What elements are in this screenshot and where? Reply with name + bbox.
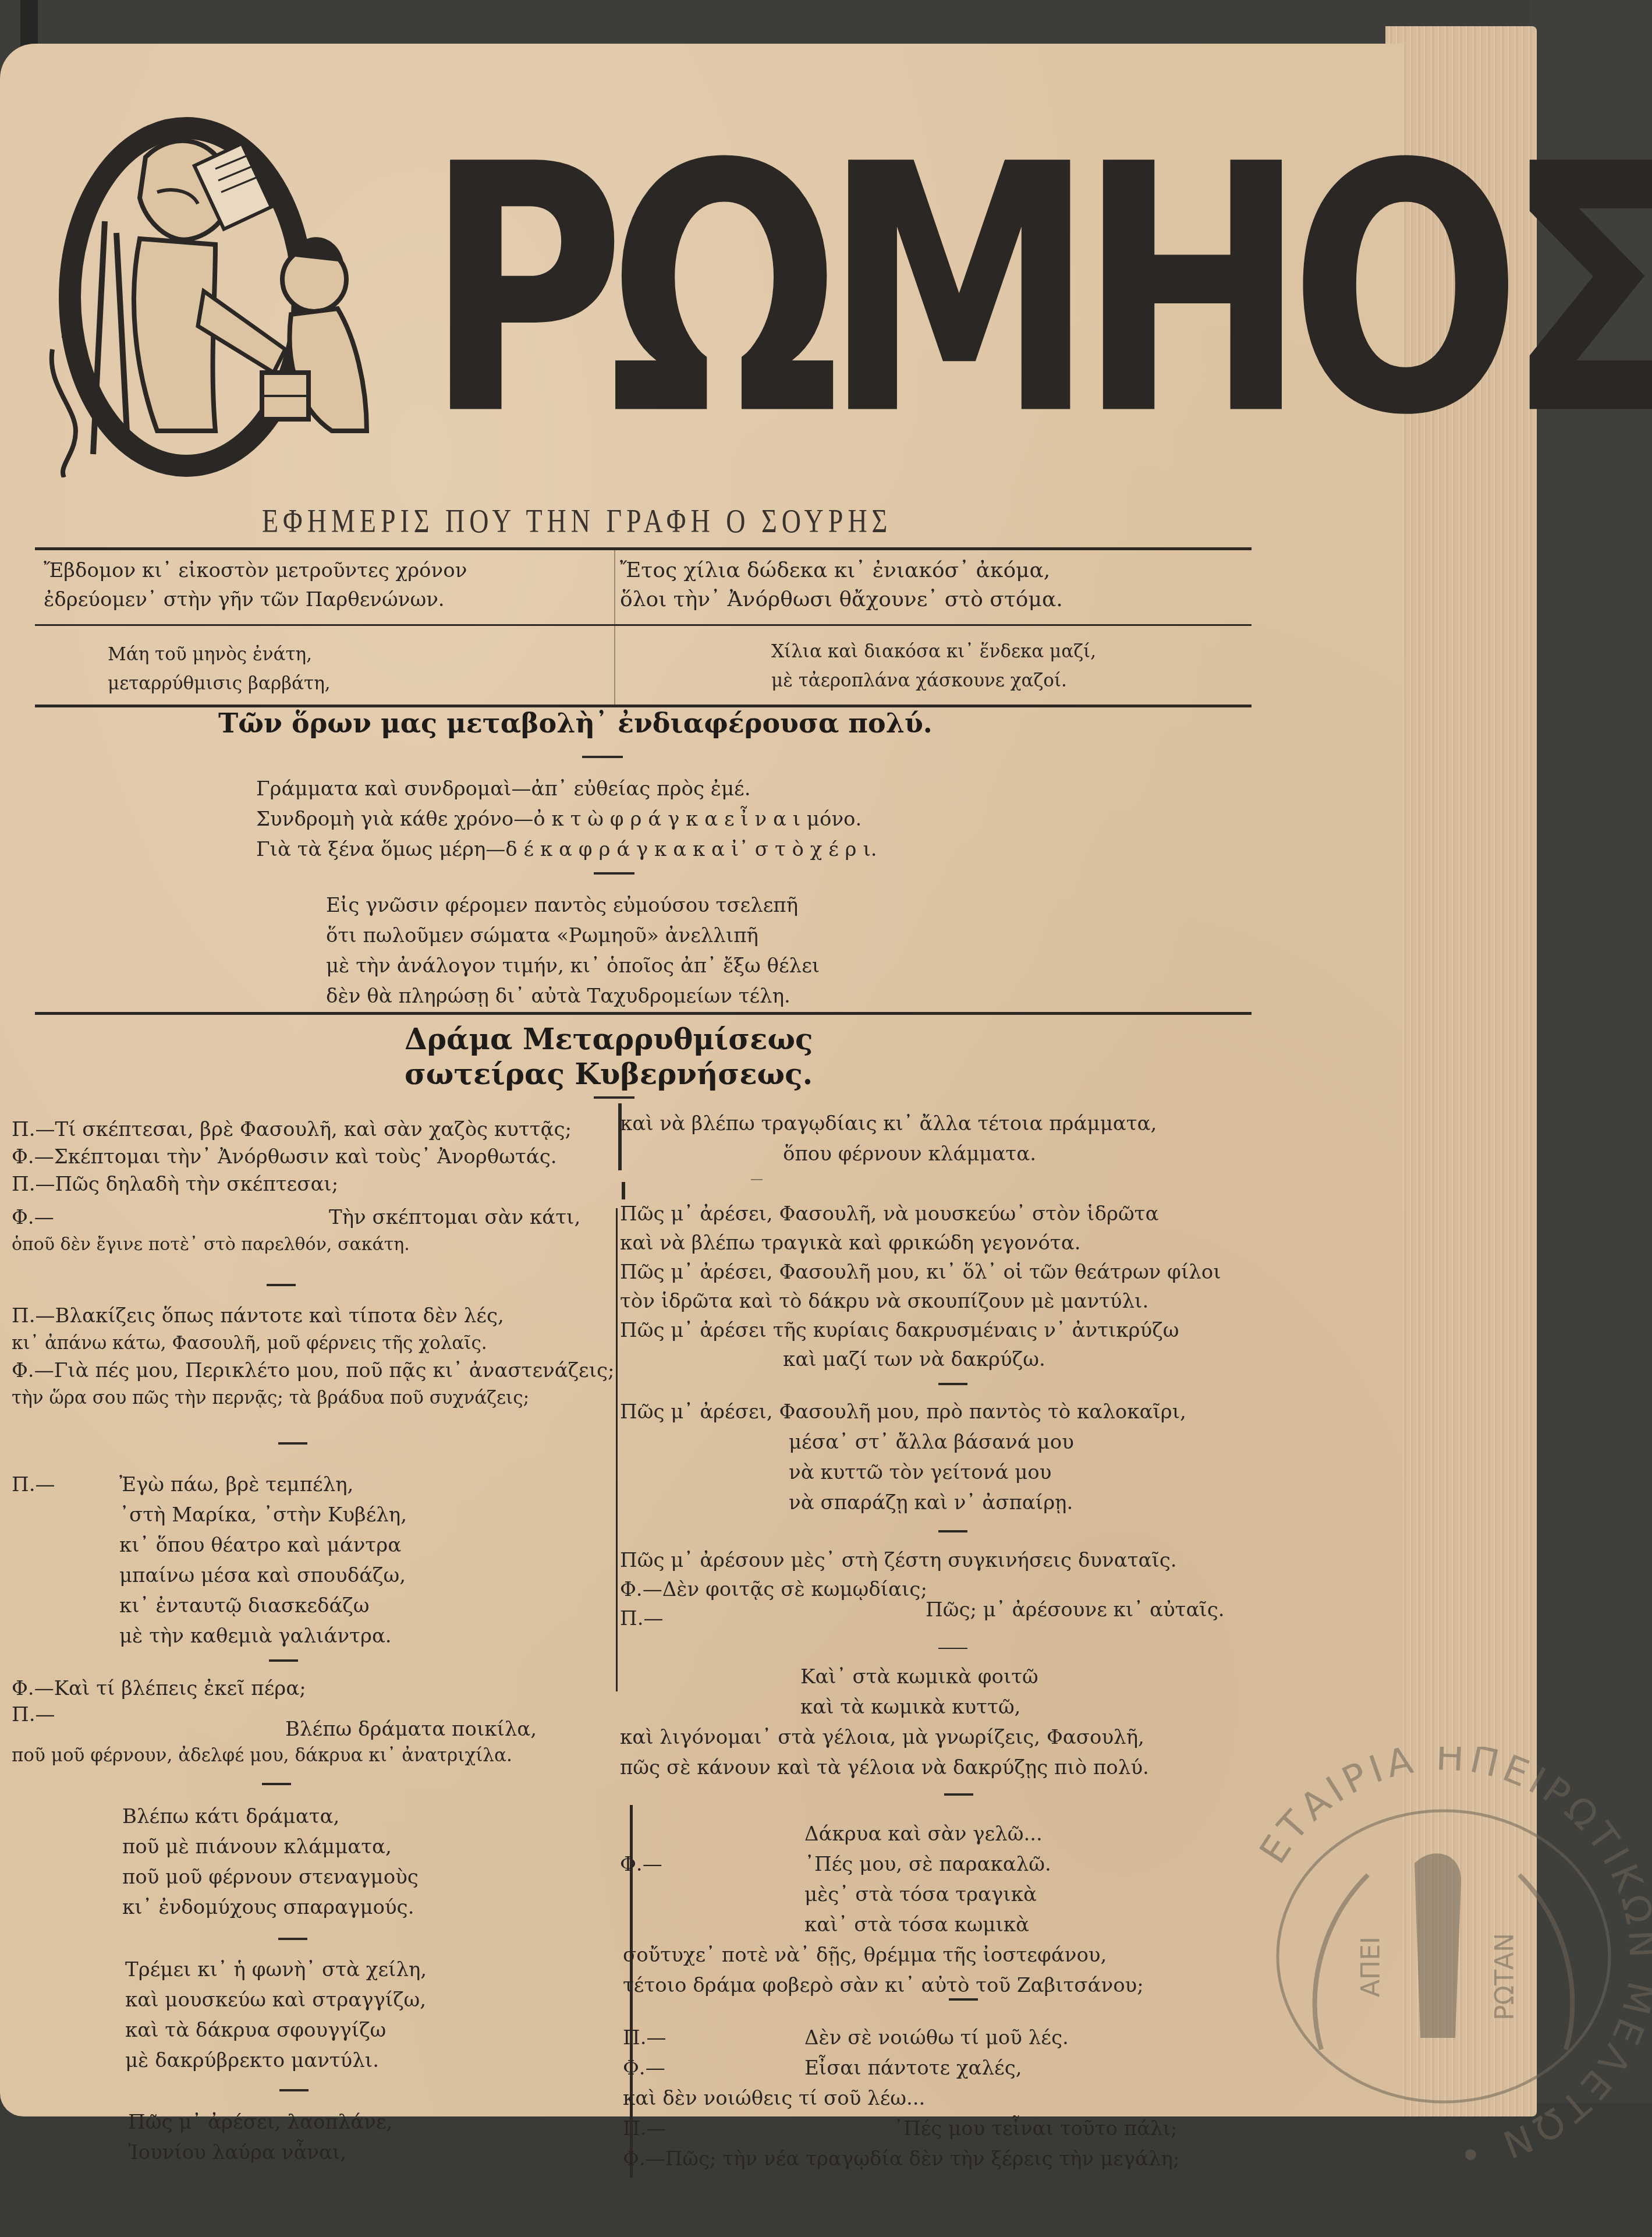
header-left-line-2: ἐδρεύομεν᾿ στὴν γῆν τῶν Παρθενώνων. xyxy=(44,585,445,614)
dialogue-line: Φ.—Σκέπτομαι τὴν᾿ Ἀνόρθωσιν καὶ τοὺς᾿ Ἀν… xyxy=(12,1142,557,1171)
verse-line: Δάκρυα καὶ σὰν γελῶ... xyxy=(804,1820,1043,1849)
speaker-label: Π.— xyxy=(623,2023,666,2052)
dialogue-line: καὶ δὲν νοιώθεις τί σοῦ λέω... xyxy=(623,2084,925,2113)
dialogue-line: Βλέπω δράματα ποικίλα, xyxy=(285,1715,537,1744)
verse-line: Ἐγὼ πάω, βρὲ τεμπέλη, xyxy=(119,1470,353,1499)
section-dash xyxy=(938,1648,967,1649)
article-title-line-2: σωτείρας Κυβερνήσεως. xyxy=(405,1057,813,1091)
article-column-divider-short xyxy=(622,1182,625,1199)
verse-line: καὶ᾿ στὰ τόσα κωμικὰ xyxy=(804,1910,1029,1939)
verse-line: Πῶς μ᾿ ἀρέσει, λαοπλάνε, xyxy=(128,2108,392,2137)
article-title-line-1: Δράμα Μεταρρυθμίσεως xyxy=(405,1022,813,1056)
verse-line: πῶς σὲ κάνουν καὶ τὰ γέλοια νὰ δακρύζῃς … xyxy=(620,1753,1149,1782)
dialogue-line: Φ.—Καὶ τί βλέπεις ἐκεῖ πέρα; xyxy=(12,1674,306,1703)
dialogue-line: Δὲν σὲ νοιώθω τί μοῦ λές. xyxy=(804,2023,1069,2052)
verse-line: μέσα᾿ στ᾿ ἄλλα βάσανά μου xyxy=(789,1428,1074,1457)
section-dash xyxy=(278,1442,307,1445)
section-dash xyxy=(949,1998,978,2001)
verse-line: νὰ κυττῶ τὸν γείτονά μου xyxy=(789,1458,1051,1487)
svg-text:ΑΠΕΙ: ΑΠΕΙ xyxy=(1356,1937,1386,1997)
verse-line: ποῦ μοῦ φέρνουν στεναγμοὺς xyxy=(122,1863,419,1892)
dialogue-line: Εἶσαι πάντοτε χαλές, xyxy=(804,2054,1022,2083)
verse-line: καὶ μουσκεύω καὶ στραγγίζω, xyxy=(125,1985,426,2015)
notice-line-4: δὲν θὰ πληρώσῃ δι᾿ αὐτὰ Ταχυδρομείων τέλ… xyxy=(326,982,790,1011)
section-dash xyxy=(594,1096,634,1099)
verse-line: Πῶς μ᾿ ἀρέσει, Φασουλῆ, νὰ μουσκεύω᾿ στὸ… xyxy=(620,1199,1158,1229)
rule-below-masthead xyxy=(35,547,1252,550)
notice-line-2: ὅτι πωλοῦμεν σώματα «Ρωμηοῦ» ἀνελλιπῆ xyxy=(326,921,758,950)
verse-line: καὶ τὰ δάκρυα σφουγγίζω xyxy=(125,2016,386,2045)
section-dash xyxy=(262,1783,291,1785)
svg-text:ΡΩΤΑΝ: ΡΩΤΑΝ xyxy=(1490,1933,1520,2020)
speaker-label: Φ.— xyxy=(12,1203,54,1232)
dialogue-line: Πῶς; μ᾿ ἀρέσουνε κι᾿ αὐταῖς. xyxy=(926,1595,1225,1624)
verse-line: μπαίνω μέσα καὶ σπουδάζω, xyxy=(119,1561,406,1590)
verse-line: Πῶς μ᾿ ἀρέσει, Φασουλῆ μου, πρὸ παντὸς τ… xyxy=(620,1397,1186,1427)
section-dash xyxy=(582,756,623,758)
dialogue-line: Τὴν σκέπτομαι σὰν κάτι, xyxy=(329,1203,580,1232)
dialogue-line: Φ.—Πῶς; τὴν νέα τραγῳδία δὲν τὴν ξέρεις … xyxy=(623,2144,1179,2174)
section-dash xyxy=(594,872,634,875)
verse-line: Καὶ᾿ στὰ κωμικὰ φοιτῶ xyxy=(800,1662,1038,1691)
section-dash xyxy=(938,1383,967,1385)
speaker-label: Π.— xyxy=(12,1700,55,1729)
verse-line: κι᾿ ἐνδομύχους σπαραγμούς. xyxy=(122,1893,414,1922)
date-right-line-2: μὲ τἀεροπλάνα χάσκουνε χαζοί. xyxy=(771,667,1067,695)
speaker-label: Π.— xyxy=(620,1604,663,1633)
speaker-label: Π.— xyxy=(12,1470,55,1499)
verse-line: καὶ τὰ κωμικὰ κυττῶ, xyxy=(800,1693,1020,1722)
verse-line: νὰ σπαράζῃ καὶ ν᾿ ἀσπαίρῃ. xyxy=(789,1488,1073,1517)
verse-line: Πῶς μ᾿ ἀρέσει, Φασουλῆ μου, κι᾿ ὅλ᾿ οἱ τ… xyxy=(620,1258,1221,1287)
verse-line: Πῶς μ᾿ ἀρέσει τῆς κυρίαις δακρυσμέναις ν… xyxy=(620,1316,1179,1345)
verse-line: τὸν ἱδρῶτα καὶ τὸ δάκρυ νὰ σκουπίζουν μὲ… xyxy=(620,1287,1148,1316)
terms-heading: Τῶν ὅρων μας μεταβολὴ᾿ ἐνδιαφέρουσα πολύ… xyxy=(218,707,933,739)
date-right-line-1: Χίλια καὶ διακόσα κι᾿ ἕνδεκα μαζί, xyxy=(771,638,1096,666)
article-column-divider-mid xyxy=(616,1208,618,1691)
dialogue-line: ποῦ μοῦ φέρνουν, ἀδελφέ μου, δάκρυα κι᾿ … xyxy=(12,1741,512,1770)
verse-line: καὶ μαζί των νὰ δακρύζω. xyxy=(783,1345,1045,1374)
verse-line: σοὔτυχε᾿ ποτὲ νὰ᾿ δῇς, θρέμμα τῆς ἰοστεφ… xyxy=(623,1941,1107,1970)
section-dash xyxy=(944,1793,973,1796)
header-right-line-2: ὅλοι τὴν᾿ Ἀνόρθωσι θἄχουνε᾿ στὸ στόμα. xyxy=(620,585,1063,614)
notice-line-3: μὲ τὴν ἀνάλογον τιμήν, κι᾿ ὁποῖος ἀπ᾿ ἔξ… xyxy=(326,951,820,981)
verse-line: μὲ τὴν καθεμιὰ γαλιάντρα. xyxy=(119,1622,392,1651)
verse-line: μὲς᾿ στὰ τόσα τραγικὰ xyxy=(804,1880,1037,1909)
dialogue-line: Π.—Τί σκέπτεσαι, βρὲ Φασουλῆ, καὶ σὰν χα… xyxy=(12,1115,572,1144)
rule-header-mid xyxy=(35,624,1252,626)
terms-line-2: Συνδρομὴ γιὰ κάθε χρόνο—ὀ κ τ ὼ φ ρ ά γ … xyxy=(256,805,862,834)
verse-line: Ἰουνίου λαύρα νἆναι, xyxy=(128,2138,346,2167)
verse-line: καὶ νὰ βλέπω τραγῳδίαις κι᾿ ἄλλα τέτοια … xyxy=(620,1109,1157,1138)
section-dash xyxy=(279,2089,309,2091)
header-right-line-1: Ἔτος χίλια δώδεκα κι᾿ ἐνιακόσ᾿ ἀκόμα, xyxy=(620,556,1050,585)
verse-line: ᾿Πές μου, σὲ παρακαλῶ. xyxy=(804,1850,1051,1879)
verse-line: Βλέπω κάτι δράματα, xyxy=(122,1802,339,1831)
verse-line: καὶ νὰ βλέπω τραγικὰ καὶ φρικώδη γεγονότ… xyxy=(620,1229,1080,1258)
dialogue-line: κι᾿ ἀπάνω κάτω, Φασουλῆ, μοῦ φέρνεις τῆς… xyxy=(12,1329,487,1358)
dialogue-line: Φ.—Γιὰ πές μου, Περικλέτο μου, ποῦ πᾷς κ… xyxy=(12,1356,615,1385)
date-left-line-2: μεταρρύθμισις βαρβάτη, xyxy=(108,670,331,698)
verse-line: ὅπου φέρνουν κλάμματα. xyxy=(783,1139,1036,1169)
dialogue-line: ᾿Πές μου τεἶναι τοῦτο πάλι; xyxy=(894,2114,1177,2143)
verse-line: ποῦ μὲ πιάνουν κλάμματα, xyxy=(122,1832,392,1861)
section-dash xyxy=(267,1284,296,1286)
date-left-line-1: Μάη τοῦ μηνὸς ἐνάτη, xyxy=(108,640,312,668)
verse-line: τέτοιο δράμα φοβερὸ σὰν κι᾿ αὐτὸ τοῦ Ζαβ… xyxy=(623,1971,1144,2000)
verse-line: κι᾿ ἐνταυτῷ διασκεδάζω xyxy=(119,1591,370,1620)
verse-line: μὲ δακρύβρεκτο μαντύλι. xyxy=(125,2046,379,2075)
dialogue-line: τὴν ὥρα σου πῶς τὴν περνᾷς; τὰ βράδυα πο… xyxy=(12,1383,529,1413)
section-dash xyxy=(269,1659,298,1662)
header-column-divider xyxy=(614,550,615,705)
terms-line-3: Γιὰ τὰ ξένα ὅμως μέρη—δ έ κ α φ ρ ά γ κ … xyxy=(256,835,877,864)
dialogue-line: Π.—Πῶς δηλαδὴ τὴν σκέπτεσαι; xyxy=(12,1170,338,1199)
verse-line: καὶ λιγόνομαι᾿ στὰ γέλοια, μὰ γνωρίζεις,… xyxy=(620,1723,1144,1752)
speaker-label: Φ.— xyxy=(620,1850,662,1879)
dialogue-line: Φ.—Δὲν φοιτᾷς σὲ κωμῳδίαις; xyxy=(620,1575,927,1604)
notice-line-1: Εἰς γνῶσιν φέρομεν παντὸς εὐμούσου τσελε… xyxy=(326,891,798,920)
terms-line-1: Γράμματα καὶ συνδρομαὶ—ἀπ᾿ εὐθείας πρὸς … xyxy=(256,774,751,804)
speaker-label: Φ.— xyxy=(623,2054,665,2083)
verse-line: κι᾿ ὅπου θέατρο καὶ μάντρα xyxy=(119,1531,401,1560)
masthead-subtitle: ΕΦΗΜΕΡΙΣ ΠΟΥ ΤΗΝ ΓΡΑΦΗ Ο ΣΟΥΡΗΣ xyxy=(262,501,960,540)
masthead-illustration-icon xyxy=(41,105,460,477)
speaker-label: Π.— xyxy=(623,2114,666,2143)
verse-line: ᾿στὴ Μαρίκα, ᾿στὴν Κυβέλη, xyxy=(119,1500,407,1530)
verse-line: Τρέμει κι᾿ ἡ φωνὴ᾿ στὰ χείλη, xyxy=(125,1955,427,1984)
section-dash xyxy=(278,1938,307,1940)
section-dash xyxy=(751,1179,763,1180)
dialogue-line: Π.—Βλακίζεις ὅπως πάντοτε καὶ τίποτα δὲν… xyxy=(12,1301,504,1330)
dialogue-line: ὁποῦ δὲν ἔγινε ποτὲ᾿ στὸ παρελθόν, σακάτ… xyxy=(12,1230,410,1259)
verse-line: Πῶς μ᾿ ἀρέσουν μὲς᾿ στὴ ζέστη συγκινήσει… xyxy=(620,1546,1177,1575)
library-stamp-icon: ΕΤΑΙΡΙΑ ΗΠΕΙΡΩΤΙΚΩΝ ΜΕΛΕΤΩΝ • ΑΠΕΙ ΡΩΤΑΝ xyxy=(1234,1747,1652,2166)
rule-before-article xyxy=(35,1012,1252,1015)
masthead: ΡΩΜΗΟΣ xyxy=(41,105,1147,489)
section-dash xyxy=(938,1530,967,1532)
header-left-line-1: Ἔβδομον κι᾿ εἰκοστὸν μετροῦντες χρόνον xyxy=(44,556,467,585)
masthead-title: ΡΩΜΗΟΣ xyxy=(425,58,1153,524)
